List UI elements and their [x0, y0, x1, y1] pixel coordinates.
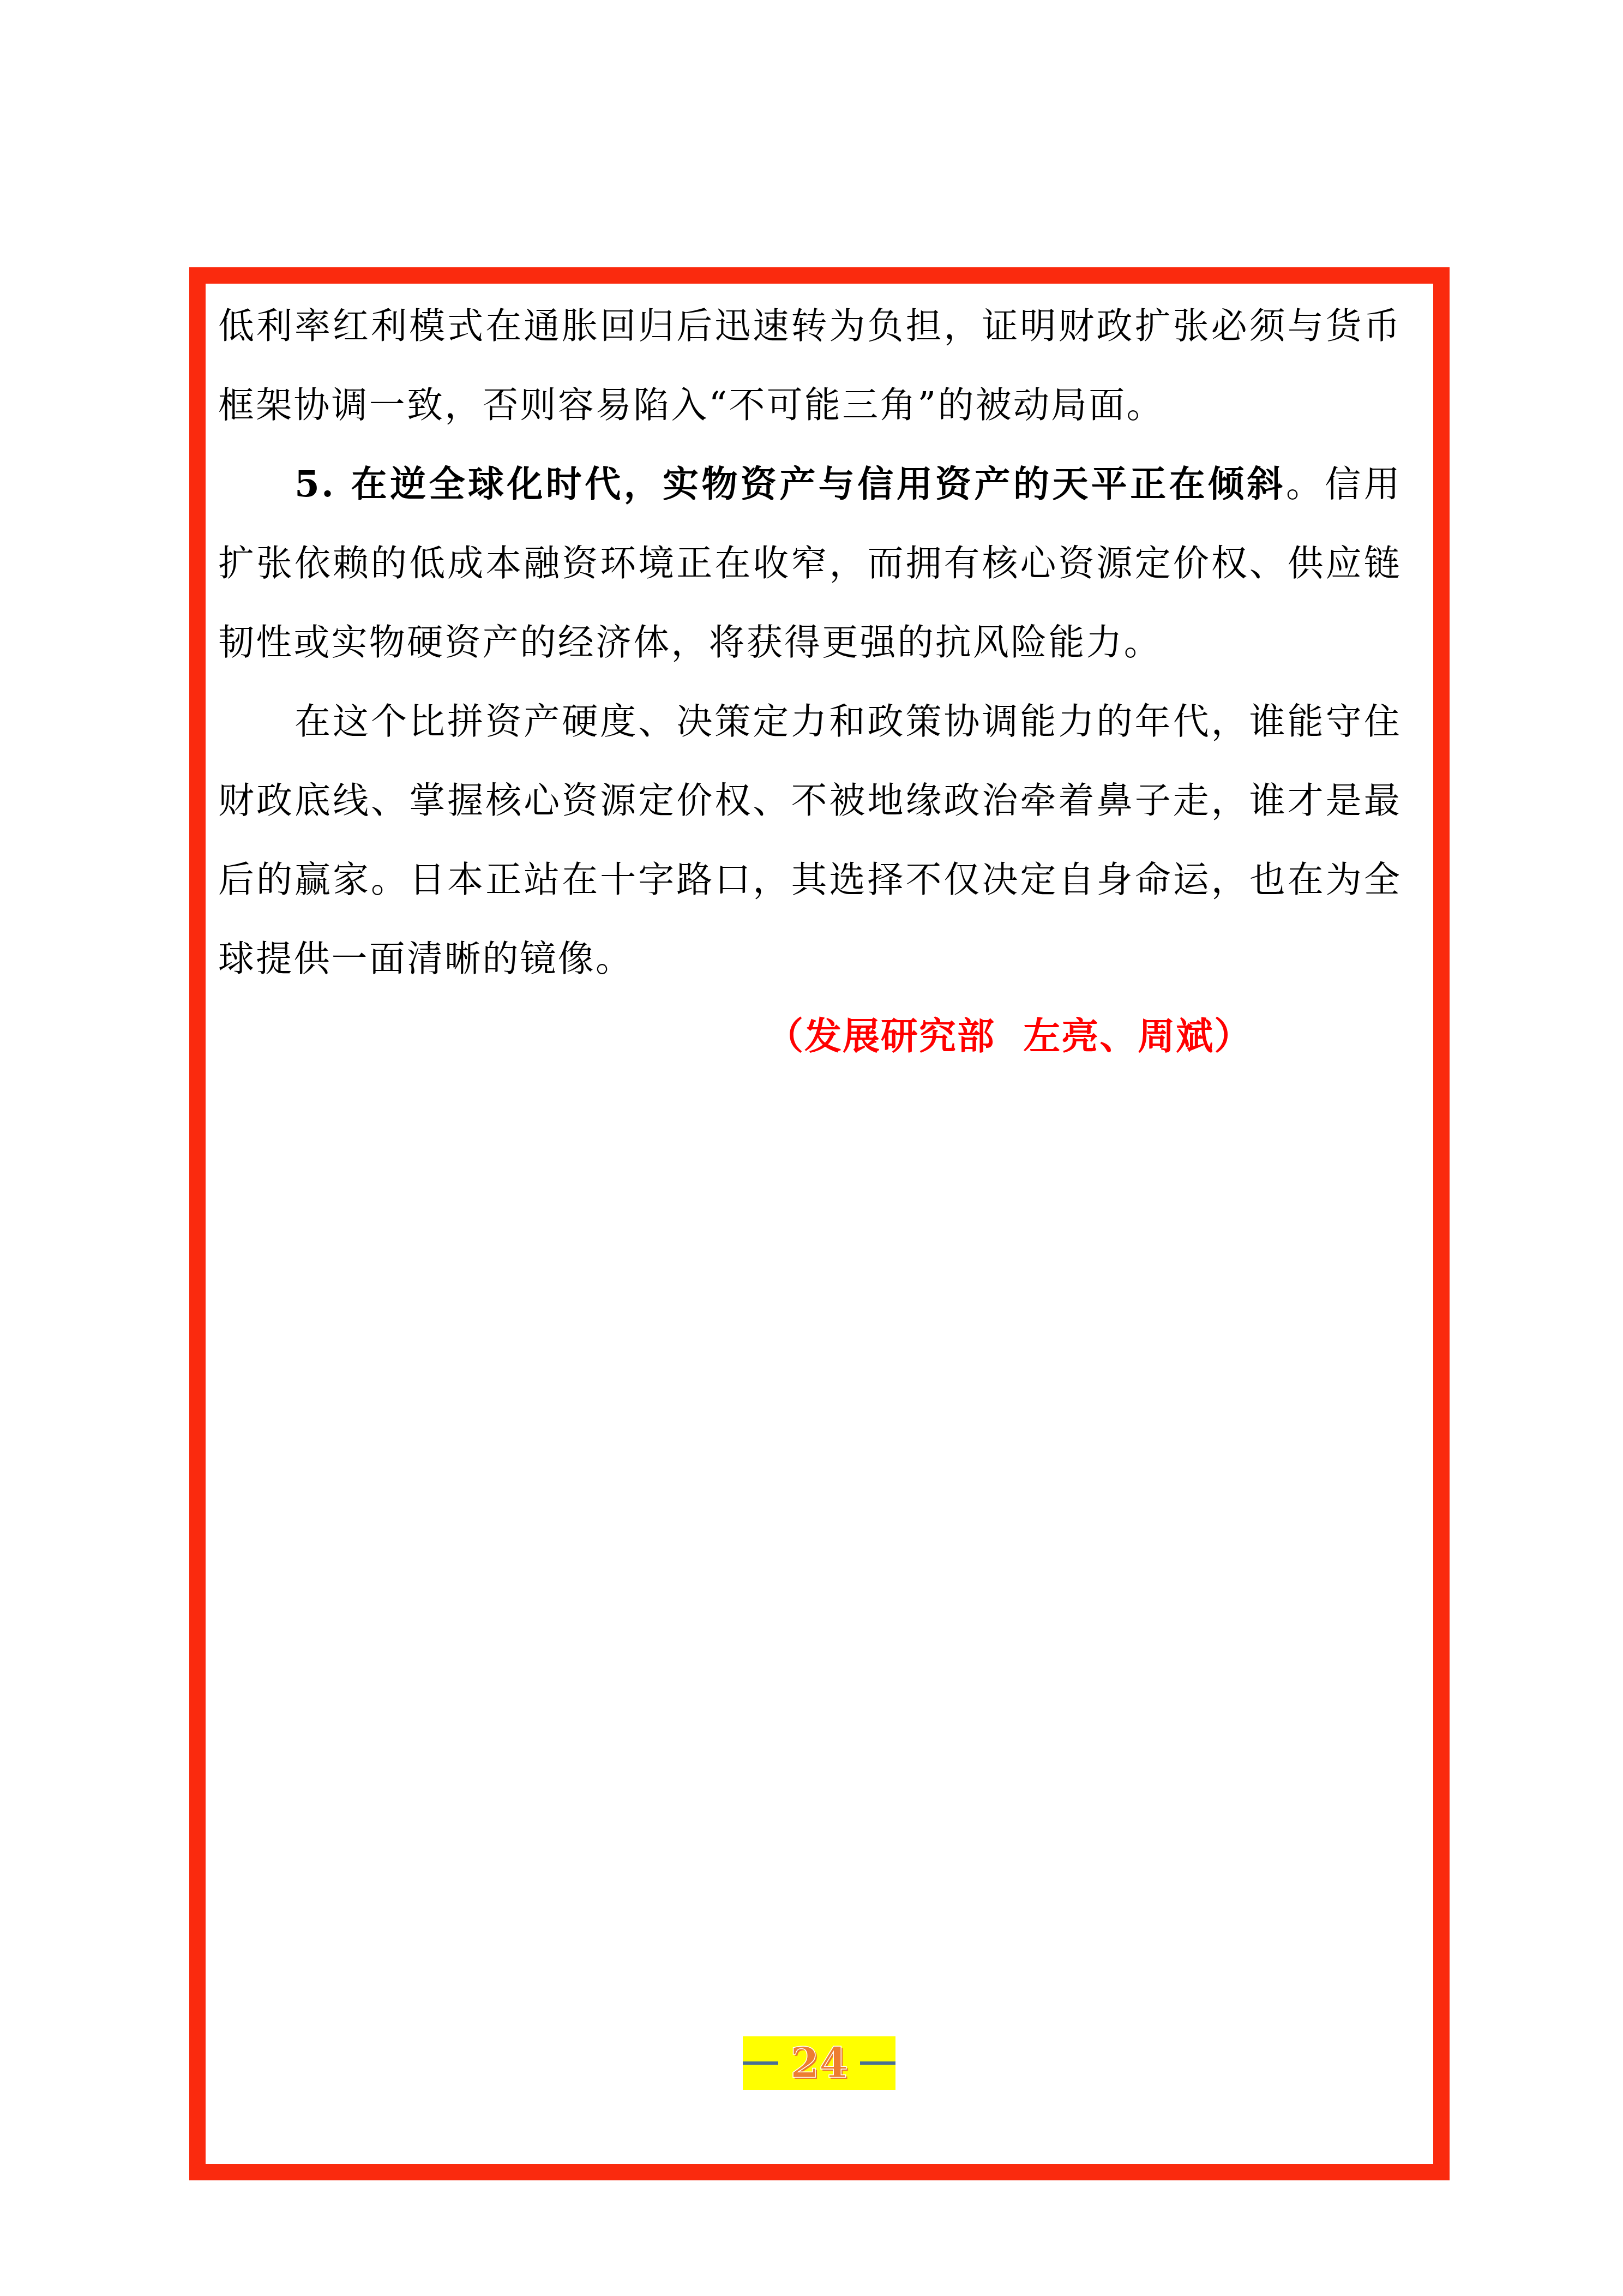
- paragraph-point-5: 5. 在逆全球化时代，实物资产与信用资产的天平正在倾斜。信用扩张依赖的低成本融资…: [218, 445, 1402, 682]
- paragraph-conclusion: 在这个比拼资产硬度、决策定力和政策协调能力的年代，谁能守住财政底线、掌握核心资源…: [218, 682, 1402, 998]
- article-body: 低利率红利模式在通胀回归后迅速转为负担，证明财政扩张必须与货币框架协调一致，否则…: [218, 286, 1402, 998]
- paragraph-continuation: 低利率红利模式在通胀回归后迅速转为负担，证明财政扩张必须与货币框架协调一致，否则…: [218, 286, 1402, 445]
- paragraph-text: 低利率红利模式在通胀回归后迅速转为负担，证明财政扩张必须与货币框架协调一致，否则…: [218, 305, 1402, 426]
- page-number: 24: [790, 2036, 848, 2090]
- page-number-badge: 24: [743, 2036, 895, 2090]
- dash-right-icon: [860, 2061, 895, 2065]
- dash-left-icon: [743, 2061, 778, 2065]
- paragraph-text: 在这个比拼资产硬度、决策定力和政策协调能力的年代，谁能守住财政底线、掌握核心资源…: [218, 700, 1402, 980]
- author-byline: （发展研究部 左亮、周斌）: [766, 1009, 1252, 1064]
- paragraph-lead-heading: 5. 在逆全球化时代，实物资产与信用资产的天平正在倾斜: [294, 463, 1286, 505]
